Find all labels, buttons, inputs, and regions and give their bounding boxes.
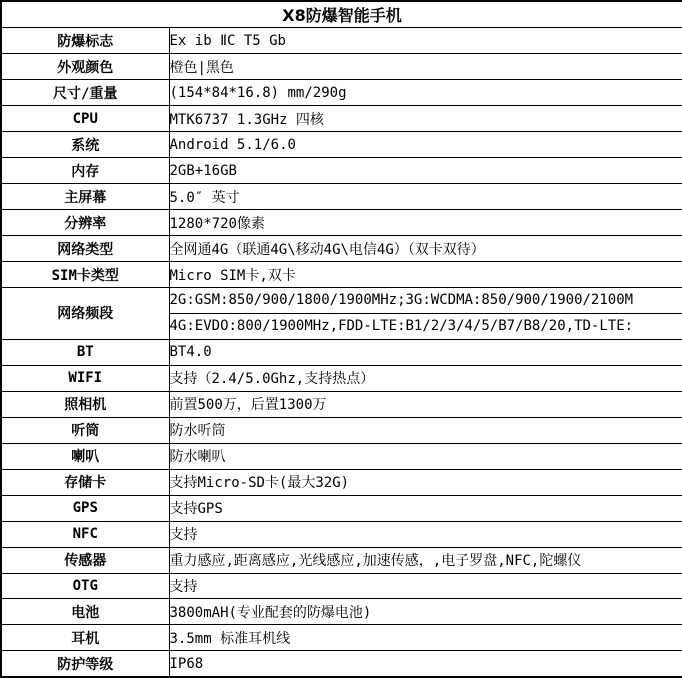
spec-value-wifi: 支持（2.4/5.0Ghz,支持热点） xyxy=(169,365,682,391)
table-row: 系统 Android 5.1/6.0 xyxy=(1,132,682,158)
spec-value-size-weight: (154*84*16.8) mm/290g xyxy=(169,80,682,106)
spec-label-gps: GPS xyxy=(1,495,169,521)
spec-value-battery: 3800mAH(专业配套的防爆电池) xyxy=(169,599,682,625)
spec-value-explosion-mark: Ex ib ⅡC T5 Gb xyxy=(169,28,682,54)
table-row: 内存 2GB+16GB xyxy=(1,158,682,184)
table-row: GPS 支持GPS xyxy=(1,495,682,521)
spec-label-screen: 主屏幕 xyxy=(1,184,169,210)
spec-label-camera: 照相机 xyxy=(1,391,169,417)
spec-label-explosion-mark: 防爆标志 xyxy=(1,28,169,54)
spec-value-headphone: 3.5mm 标准耳机线 xyxy=(169,625,682,651)
spec-value-protection-rating: IP68 xyxy=(169,651,682,677)
spec-value-sim-type: Micro SIM卡,双卡 xyxy=(169,262,682,288)
spec-label-nfc: NFC xyxy=(1,521,169,547)
table-row: 防爆标志 Ex ib ⅡC T5 Gb xyxy=(1,28,682,54)
spec-label-protection-rating: 防护等级 xyxy=(1,651,169,677)
table-row: BT BT4.0 xyxy=(1,339,682,365)
table-row: CPU MTK6737 1.3GHz 四核 xyxy=(1,106,682,132)
spec-value-storage-card: 支持Micro-SD卡(最大32G) xyxy=(169,469,682,495)
table-row: 外观颜色 橙色|黑色 xyxy=(1,54,682,80)
spec-label-battery: 电池 xyxy=(1,599,169,625)
table-row: 存储卡 支持Micro-SD卡(最大32G) xyxy=(1,469,682,495)
spec-value-cpu: MTK6737 1.3GHz 四核 xyxy=(169,106,682,132)
spec-label-speaker: 喇叭 xyxy=(1,443,169,469)
spec-value-nfc: 支持 xyxy=(169,521,682,547)
table-row: OTG 支持 xyxy=(1,573,682,599)
spec-value-color: 橙色|黑色 xyxy=(169,54,682,80)
table-row: 电池 3800mAH(专业配套的防爆电池) xyxy=(1,599,682,625)
table-row: 照相机 前置500万，后置1300万 xyxy=(1,391,682,417)
spec-label-memory: 内存 xyxy=(1,158,169,184)
spec-label-resolution: 分辨率 xyxy=(1,210,169,236)
spec-label-sim-type: SIM卡类型 xyxy=(1,262,169,288)
table-row: 耳机 3.5mm 标准耳机线 xyxy=(1,625,682,651)
table-row: SIM卡类型 Micro SIM卡,双卡 xyxy=(1,262,682,288)
spec-label-sensors: 传感器 xyxy=(1,547,169,573)
spec-value-resolution: 1280*720像素 xyxy=(169,210,682,236)
table-row: 防护等级 IP68 xyxy=(1,651,682,677)
spec-value-speaker: 防水喇叭 xyxy=(169,443,682,469)
spec-value-sensors: 重力感应,距离感应,光线感应,加速传感，,电子罗盘,NFC,陀螺仪 xyxy=(169,547,682,573)
spec-label-os: 系统 xyxy=(1,132,169,158)
spec-value-os: Android 5.1/6.0 xyxy=(169,132,682,158)
spec-label-headphone: 耳机 xyxy=(1,625,169,651)
table-row: 传感器 重力感应,距离感应,光线感应,加速传感，,电子罗盘,NFC,陀螺仪 xyxy=(1,547,682,573)
spec-label-cpu: CPU xyxy=(1,106,169,132)
spec-label-size-weight: 尺寸/重量 xyxy=(1,80,169,106)
spec-value-camera: 前置500万，后置1300万 xyxy=(169,391,682,417)
spec-value-network-type: 全网通4G（联通4G\移动4G\电信4G）（双卡双待） xyxy=(169,236,682,262)
spec-label-earpiece: 听筒 xyxy=(1,417,169,443)
spec-label-otg: OTG xyxy=(1,573,169,599)
spec-label-network-bands: 网络频段 xyxy=(1,288,169,340)
spec-label-color: 外观颜色 xyxy=(1,54,169,80)
spec-value-screen: 5.0″ 英寸 xyxy=(169,184,682,210)
spec-label-network-type: 网络类型 xyxy=(1,236,169,262)
spec-value-network-bands-line1: 2G:GSM:850/900/1800/1900MHz;3G:WCDMA:850… xyxy=(169,288,682,314)
table-row: 喇叭 防水喇叭 xyxy=(1,443,682,469)
spec-table: X8防爆智能手机 防爆标志 Ex ib ⅡC T5 Gb 外观颜色 橙色|黑色 … xyxy=(0,0,682,678)
table-row: 网络类型 全网通4G（联通4G\移动4G\电信4G）（双卡双待） xyxy=(1,236,682,262)
spec-value-network-bands-line2: 4G:EVDO:800/1900MHz,FDD-LTE:B1/2/3/4/5/B… xyxy=(169,313,682,339)
table-row: 分辨率 1280*720像素 xyxy=(1,210,682,236)
spec-value-otg: 支持 xyxy=(169,573,682,599)
spec-value-memory: 2GB+16GB xyxy=(169,158,682,184)
table-header-row: X8防爆智能手机 xyxy=(1,1,682,28)
table-row: 听筒 防水听筒 xyxy=(1,417,682,443)
page-title: X8防爆智能手机 xyxy=(1,1,682,28)
table-row: NFC 支持 xyxy=(1,521,682,547)
spec-value-gps: 支持GPS xyxy=(169,495,682,521)
spec-label-wifi: WIFI xyxy=(1,365,169,391)
table-row: 网络频段 2G:GSM:850/900/1800/1900MHz;3G:WCDM… xyxy=(1,288,682,314)
table-row: 尺寸/重量 (154*84*16.8) mm/290g xyxy=(1,80,682,106)
table-row: 主屏幕 5.0″ 英寸 xyxy=(1,184,682,210)
spec-value-earpiece: 防水听筒 xyxy=(169,417,682,443)
table-row: WIFI 支持（2.4/5.0Ghz,支持热点） xyxy=(1,365,682,391)
spec-label-storage-card: 存储卡 xyxy=(1,469,169,495)
spec-value-bt: BT4.0 xyxy=(169,339,682,365)
spec-label-bt: BT xyxy=(1,339,169,365)
